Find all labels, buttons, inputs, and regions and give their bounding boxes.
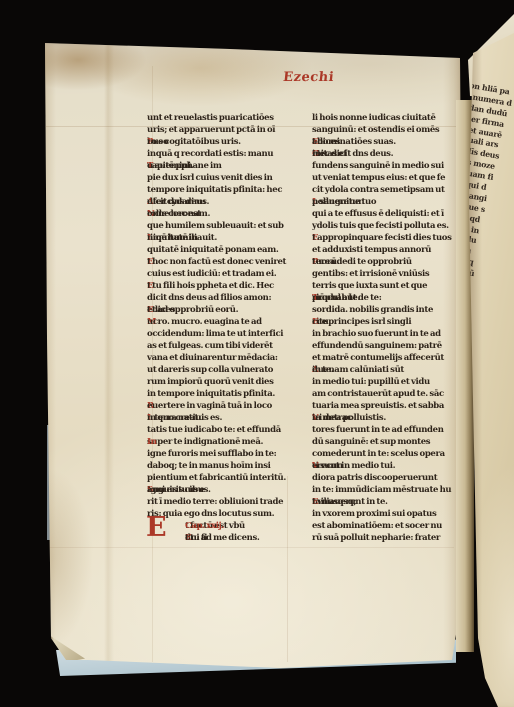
text-line: tatis tue iudicabo te: et effundā (147, 424, 293, 436)
text-line: vana et diuinarentur mēdacia: (147, 352, 293, 364)
text-line: et adduxisti tempus annorū (312, 244, 455, 256)
text-line: in medio tui: pupillū et vidu (312, 376, 455, 388)
text-line: cuius est iudiciū: et tradam ei. (147, 268, 293, 280)
text-line: bus cogitatōibus uris. Pro eo (147, 136, 293, 148)
text-line: in quo creatus es. In terra natiui (147, 412, 293, 424)
text-line: tolle coronam. Nonne hec est (147, 208, 293, 220)
text-line: in te: immūdiciam mēstruate hu (312, 484, 455, 496)
text-line: rū suā polluit nepharie: frater (312, 532, 455, 544)
text-line: fundens sanguinē in medio sui (312, 160, 455, 172)
text-line: comederunt in te: scelus opera (312, 448, 455, 460)
text-line: Et hoc non factū est donec veniret (147, 256, 293, 268)
text-line: ti sunt in medio tui. Verecun (312, 460, 455, 472)
text-line: tuorū. Pterea dedi te opprobriū (312, 256, 455, 268)
text-line: ut dareris sup colla vulnerato (147, 364, 293, 376)
text-line: et ad opprobriū eorū. Et dices. (147, 304, 293, 316)
text-line: super te indignationē meā. In (147, 436, 293, 448)
text-line: Mucro. mucro. euagina te ad (147, 316, 293, 328)
text-line: tuaria mea spreuistis. et sabba (312, 400, 455, 412)
text-line: uris; et apparuerunt pctā in oī (147, 124, 293, 136)
text-line: cit ydola contra semetipsam ut (312, 184, 455, 196)
manuscript-page: Ezechi unt et reuelastis puaricatiōesuri… (40, 38, 465, 678)
text-line: terris que iuxta sunt et que (312, 280, 455, 292)
text-line: in tempore iniquitatis pfinita. (147, 388, 293, 400)
text-line: dū sanguinē: et sup montes (312, 436, 455, 448)
text-line: ut veniat tempus eius: et que fe (312, 172, 455, 184)
text-line: tempore iniquitatis pfinita: hec (147, 184, 293, 196)
text-line: qui a te effusus ē deliquisti: et ī (312, 208, 455, 220)
chapter-initial: E (146, 515, 176, 543)
text-line: Igni eris cibus. Sanguis tuus e (147, 484, 293, 496)
text-line: daboq; te in manus hoīm insi (147, 460, 293, 472)
text-line: igne furoris mei sufflabo in te: (147, 448, 293, 460)
text-line: sordida. nobilis grandis inte (312, 304, 455, 316)
text-line: li hois nonne iudicas ciuitatē (312, 112, 455, 124)
text-line: in vxorem proximi sui opatus (312, 508, 455, 520)
running-header: Ezechi (282, 70, 364, 88)
text-line: rum impiorū quorū venit dies (147, 376, 293, 388)
text-line: capiemini. Tu autē pphane im (147, 160, 293, 172)
text-line: ta mea polluistis. Viri detrac (312, 412, 455, 424)
folded-corner (51, 634, 85, 664)
text-line: sanguinū: et ostendis ei omēs (312, 124, 455, 136)
text-line: gentibs: et irrisionē vniūsis (312, 268, 455, 280)
text-line: as et fulgeas. cum tibi viderēt (147, 340, 293, 352)
text-line: ritu. Ecce principes isrl singli (312, 316, 455, 328)
text-line: quitatē iniquitatē ponam eam. (147, 244, 293, 256)
text-column-right: li hois nonne iudicas ciuitatēsanguinū: … (312, 112, 455, 548)
text-line: dicit dns deus. Aufer cydarim: (147, 196, 293, 208)
text-line: rit ī medio terre: obliuioni trade (147, 496, 293, 508)
text-line: est abominatiōem: et socer nu (312, 520, 455, 532)
text-line: ydolis tuis que fecisti polluta es. (312, 220, 455, 232)
text-line: inquā q recordati estis: manu (147, 148, 293, 160)
text-line: in brachio suo fuerunt in te ad (312, 328, 455, 340)
text-line: unt et reuelastis puaricatiōes (147, 112, 293, 124)
text-line: pientium et fabricantiū interitū. (147, 472, 293, 484)
text-line: Hec dicit dns deus. Ciuitas ef (312, 148, 455, 160)
text-line: Et appropinquare fecisti dies tuos (312, 232, 455, 244)
text-line: Reuertere in vaginā tuā in loco (147, 400, 293, 412)
text-line: am contristauerūt apud te. sāc (312, 388, 455, 400)
text-line: pollueretur. In sanguine tuo (312, 196, 455, 208)
text-line: procul a te. Triūphabūt de te: (312, 292, 455, 304)
text-line: occidendum: lima te ut interfici (147, 328, 293, 340)
text-line: in te. Aduenam calūniati sūt (312, 364, 455, 376)
text-line: diora patris discooperuerunt (312, 472, 455, 484)
text-line: Et tu fili hois ppheta et dic. Hec (147, 280, 293, 292)
text-line: effundendū sanguinem: patrē (312, 340, 455, 352)
text-line: tores fuerunt in te ad effunden (312, 424, 455, 436)
text-line: que humilem subleuauit: et sub (147, 220, 293, 232)
text-line: miliauerunt in te. Et vnusqsq; (312, 496, 455, 508)
text-line: dicit dns deus ad filios amon: (147, 292, 293, 304)
text-line: limē humiliauit. Iniquitatē in (147, 232, 293, 244)
text-column-left: unt et reuelastis puaricatiōesuris; et a… (147, 112, 293, 548)
text-line: abominatiōes suas. Et dices. (312, 136, 455, 148)
manuscript-photograph: Ezechi unt et reuelastis puaricatiōesuri… (0, 0, 514, 707)
text-line: et matrē contumelijs affecerūt (312, 352, 455, 364)
text-line: pie dux isrl cuius venit dies in (147, 172, 293, 184)
